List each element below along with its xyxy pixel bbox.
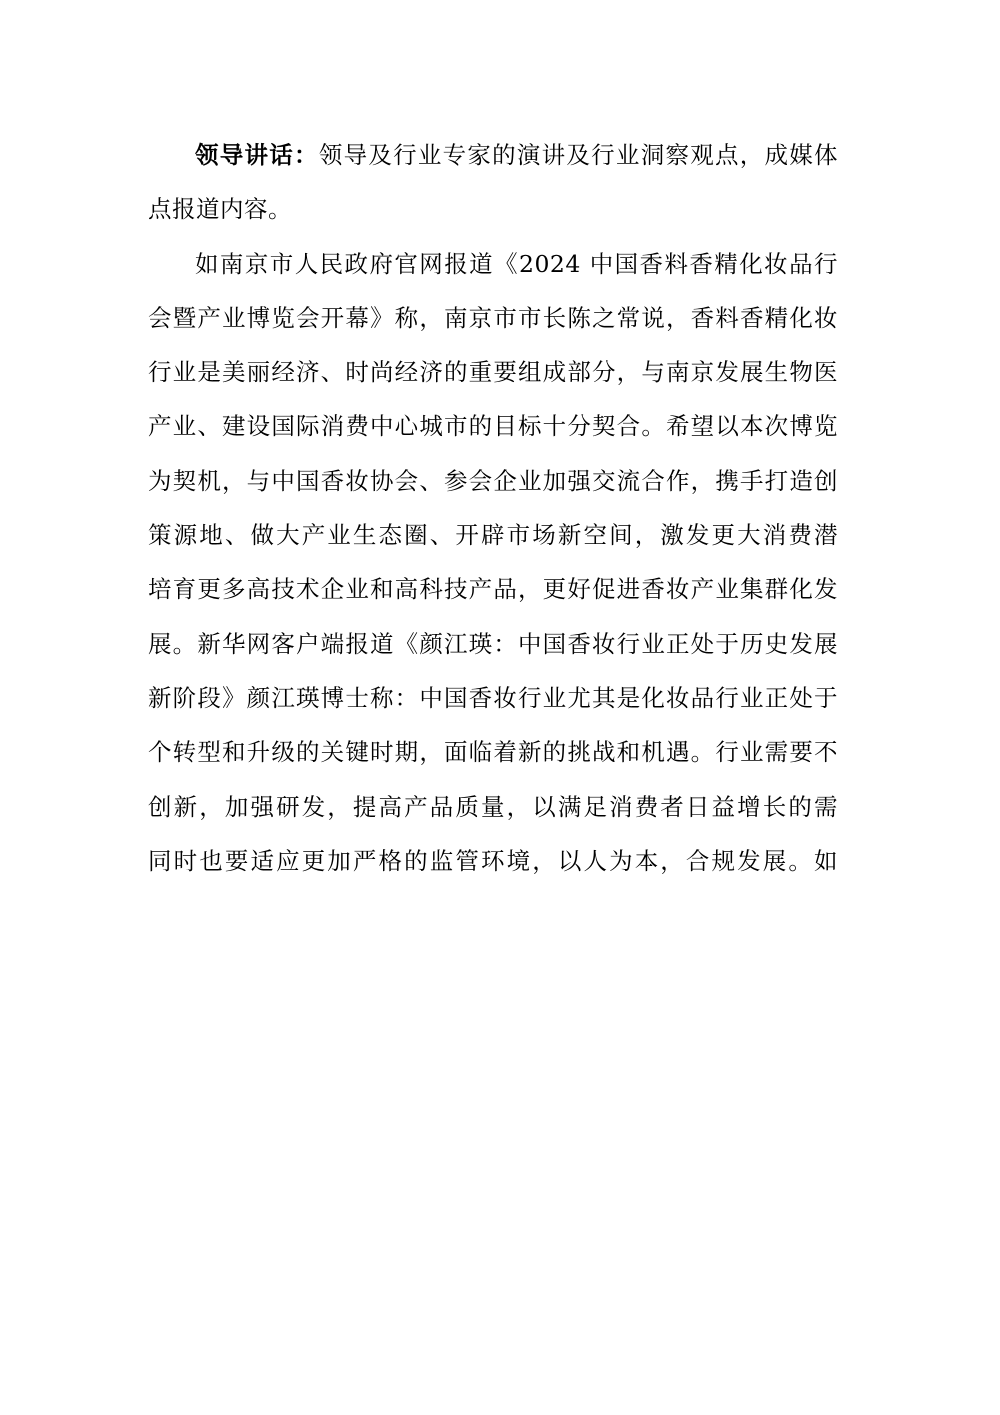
text-line: 展。新华网客户端报道《颜江瑛：中国香妆行业正处于历史发展的 (148, 617, 838, 671)
text-line: 点报道内容。 (148, 182, 838, 236)
line-text: 培育更多高技术企业和高科技产品，更好促进香妆产业集群化发 (148, 575, 838, 603)
line-text: 会暨产业博览会开幕》称，南京市市长陈之常说，香料香精化妆品 (148, 304, 838, 345)
line-text: 行业是美丽经济、时尚经济的重要组成部分，与南京发展生物医药 (148, 358, 838, 399)
text-line: 领导讲话：领导及行业专家的演讲及行业洞察观点，成媒体重 (148, 128, 838, 182)
paragraph-nanjing-report: 如南京市人民政府官网报道《2024 中国香料香精化妆品行业年会暨产业博览会开幕》… (148, 237, 838, 889)
text-line: 培育更多高技术企业和高科技产品，更好促进香妆产业集群化发 (148, 562, 838, 616)
document-page: 领导讲话：领导及行业专家的演讲及行业洞察观点，成媒体重点报道内容。如南京市人民政… (0, 0, 1000, 1415)
text-line: 策源地、做大产业生态圈、开辟市场新空间，激发更大消费潜能， (148, 508, 838, 562)
line-text: 新阶段》颜江瑛博士称：中国香妆行业尤其是化妆品行业正处于一 (148, 684, 838, 725)
line-text: 策源地、做大产业生态圈、开辟市场新空间，激发更大消费潜能， (148, 521, 838, 562)
document-text-block: 领导讲话：领导及行业专家的演讲及行业洞察观点，成媒体重点报道内容。如南京市人民政… (148, 128, 838, 888)
line-text: 产业、建设国际消费中心城市的目标十分契合。希望以本次博览会 (148, 412, 838, 453)
text-line: 新阶段》颜江瑛博士称：中国香妆行业尤其是化妆品行业正处于一 (148, 671, 838, 725)
line-text: 如南京市人民政府官网报道《2024 中国香料香精化妆品行业年 (148, 250, 838, 291)
text-line: 如南京市人民政府官网报道《2024 中国香料香精化妆品行业年 (148, 237, 838, 291)
text-line: 会暨产业博览会开幕》称，南京市市长陈之常说，香料香精化妆品 (148, 291, 838, 345)
line-text: 展。新华网客户端报道《颜江瑛：中国香妆行业正处于历史发展的 (148, 630, 838, 671)
line-text: 同时也要适应更加严格的监管环境，以人为本，合规发展。如此， (148, 847, 838, 888)
line-text: 个转型和升级的关键时期，面临着新的挑战和机遇。行业需要不断 (148, 738, 838, 779)
text-line: 创新，加强研发，提高产品质量，以满足消费者日益增长的需求， (148, 780, 838, 834)
text-line: 为契机，与中国香妆协会、参会企业加强交流合作，携手打造创新 (148, 454, 838, 508)
paragraph-leader-speeches: 领导讲话：领导及行业专家的演讲及行业洞察观点，成媒体重点报道内容。 (148, 128, 838, 237)
text-line: 同时也要适应更加严格的监管环境，以人为本，合规发展。如此， (148, 834, 838, 888)
text-line: 产业、建设国际消费中心城市的目标十分契合。希望以本次博览会 (148, 399, 838, 453)
line-text: 点报道内容。 (148, 195, 292, 223)
text-line: 行业是美丽经济、时尚经济的重要组成部分，与南京发展生物医药 (148, 345, 838, 399)
text-line: 个转型和升级的关键时期，面临着新的挑战和机遇。行业需要不断 (148, 725, 838, 779)
bold-lead-in: 领导讲话： (195, 141, 319, 169)
line-text: 创新，加强研发，提高产品质量，以满足消费者日益增长的需求， (148, 793, 838, 834)
line-text: 为契机，与中国香妆协会、参会企业加强交流合作，携手打造创新 (148, 467, 838, 508)
